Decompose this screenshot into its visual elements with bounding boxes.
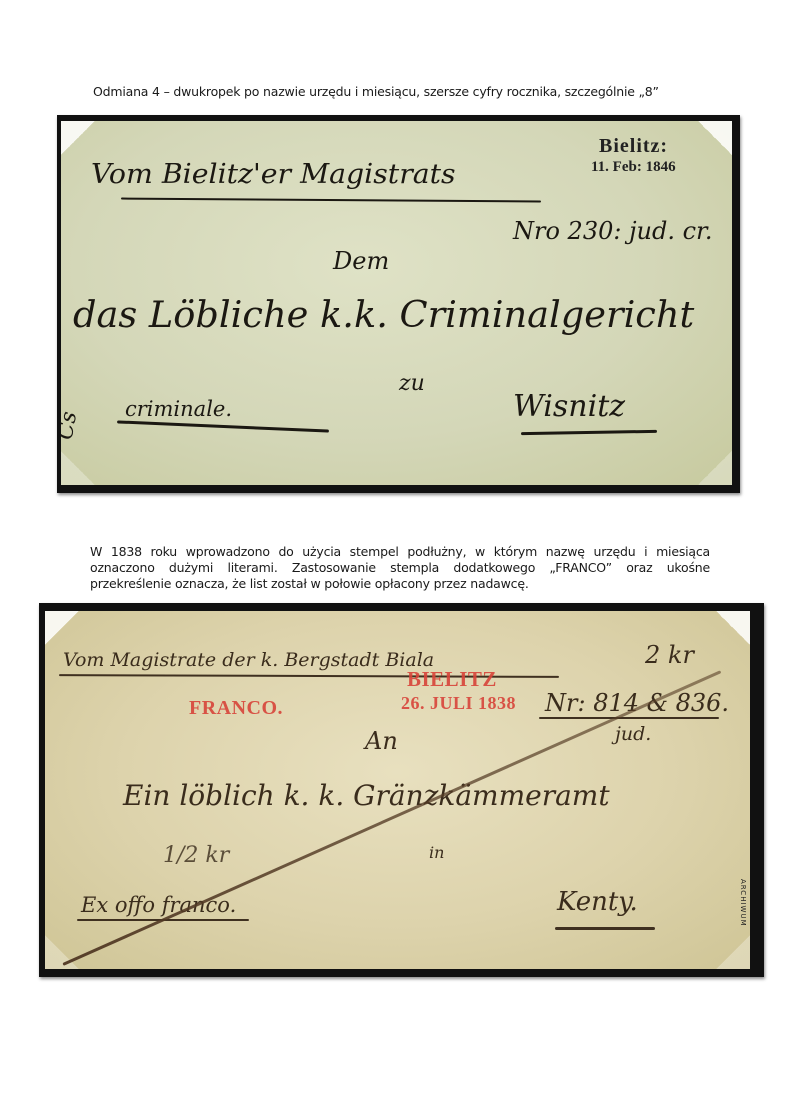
archive-mark: ARCHIWUM: [739, 879, 747, 927]
destination: Kenty.: [557, 887, 638, 917]
fee-mark: 2 kr: [645, 641, 694, 669]
letter-1-mount: Bielitz: 11. Feb: 1846 Vom Bielitz'er Ma…: [57, 115, 740, 493]
mount-corner-icon: [716, 935, 750, 969]
reference-underline: [539, 717, 719, 719]
addressee: Ein löblich k. k. Gränzkämmeramt: [123, 779, 610, 812]
mount-corner-icon: [45, 611, 79, 645]
addressee: das Löbliche k.k. Criminalgericht: [73, 295, 694, 336]
sender-underline: [121, 198, 541, 203]
salutation: An: [365, 727, 398, 755]
margin-note: Cs: [61, 410, 82, 442]
mount-corner-icon: [698, 121, 732, 155]
mount-corner-icon: [716, 611, 750, 645]
postmark-date: 26. JULI 1838: [401, 693, 516, 714]
franco-stamp: FRANCO.: [189, 697, 283, 720]
diagonal-strike-line: [62, 670, 721, 966]
letter-2-cover: Vom Magistrate der k. Bergstadt Biala FR…: [45, 611, 750, 969]
service-underline: [117, 420, 329, 432]
destination-underline: [521, 430, 657, 435]
service-note: criminale.: [125, 397, 232, 421]
mount-corner-icon: [61, 121, 95, 155]
destination-underline: [555, 927, 655, 930]
postmark-town: Bielitz:: [599, 135, 668, 158]
sender-line: Vom Bielitz'er Magistrats: [91, 159, 456, 190]
in-word: in: [429, 843, 444, 862]
reference-number: Nro 230: jud. cr.: [513, 217, 713, 245]
reference-number: Nr: 814 & 836.: [545, 689, 729, 717]
postmark-town: BIELITZ: [407, 667, 497, 692]
to-word: zu: [399, 371, 425, 396]
variant-caption: Odmiana 4 – dwukropek po nazwie urzędu i…: [93, 84, 713, 100]
history-caption: W 1838 roku wprowadzono do użycia stempe…: [90, 544, 710, 592]
fee-note: 1/2 kr: [163, 843, 229, 868]
salutation: Dem: [333, 247, 389, 275]
mount-corner-icon: [698, 451, 732, 485]
destination: Wisnitz: [513, 389, 625, 424]
reference-sub: jud.: [615, 723, 651, 745]
letter-1-cover: Bielitz: 11. Feb: 1846 Vom Bielitz'er Ma…: [61, 121, 732, 485]
sender-line: Vom Magistrate der k. Bergstadt Biala: [63, 649, 434, 671]
postmark-date: 11. Feb: 1846: [591, 159, 676, 176]
letter-2-mount: Vom Magistrate der k. Bergstadt Biala FR…: [39, 603, 764, 977]
mount-corner-icon: [61, 451, 95, 485]
